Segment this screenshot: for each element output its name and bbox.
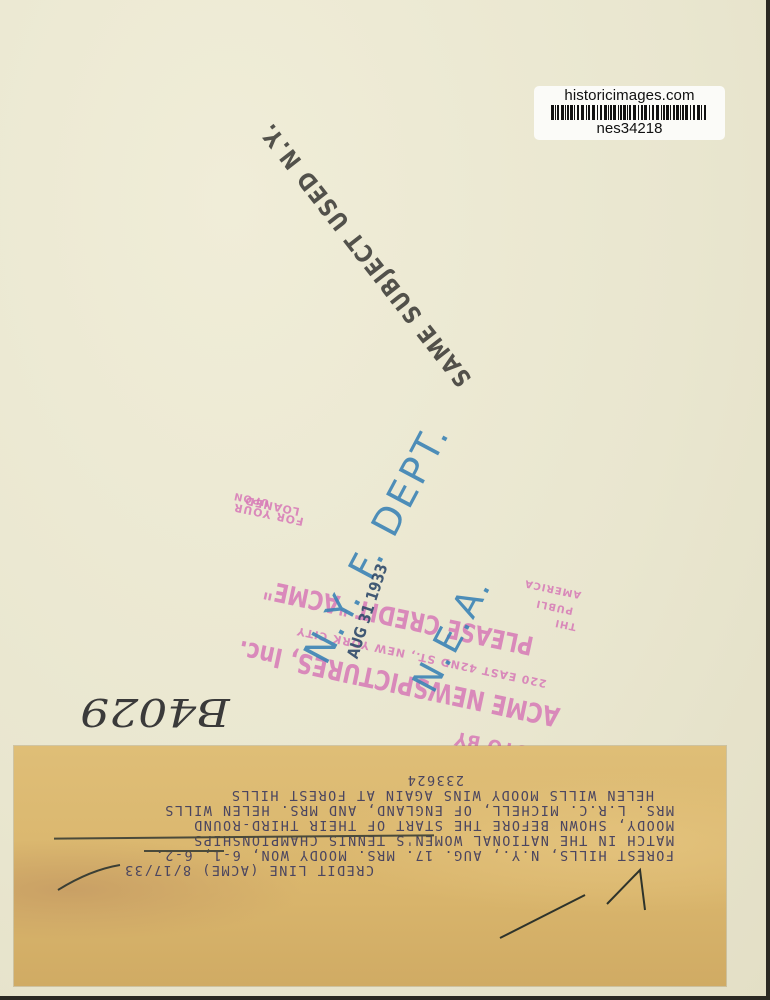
scan-edge	[0, 996, 770, 1000]
scan-edge	[766, 0, 770, 1000]
pencil-checkmark-icon	[0, 0, 770, 1000]
